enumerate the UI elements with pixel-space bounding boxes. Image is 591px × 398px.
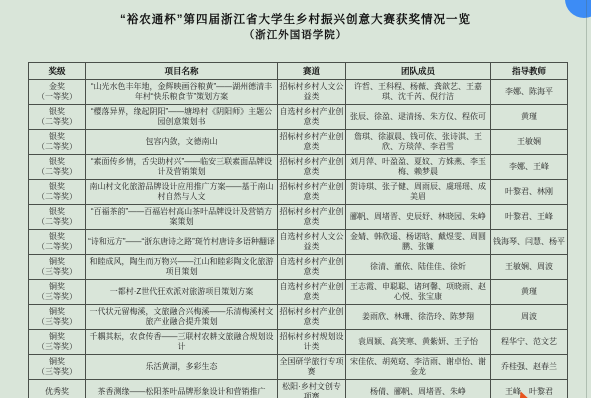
project-name-cell: “樱落异界，缘起阴阳”——塘埠村《阴阳师》主题公园创意策划书	[86, 105, 278, 130]
advisors-cell: 叶黎君、林刚	[491, 180, 568, 205]
header-award-level: 奖级	[29, 63, 86, 80]
track-cell: 招标村乡村产业创意类	[278, 205, 346, 230]
project-name-cell: 乐活黄湖，多彩生态	[86, 355, 278, 380]
table-row: 银奖 （二等奖） “百福茶韵”——百福岩村高山茶叶品牌设计及营销方案策划 招标村…	[29, 205, 568, 230]
award-level-sub-text: （三等奖）	[30, 317, 84, 327]
track-cell: 松阳·乡村文创专项赛	[278, 380, 346, 398]
award-level-sub-text: （二等奖）	[30, 167, 84, 177]
award-level-sub-text: （二等奖）	[30, 142, 84, 152]
award-level-sub-text: （三等奖）	[30, 367, 84, 377]
project-name-cell: 茶香测缘——松阳茶叶品牌形象设计和营销推广	[86, 380, 278, 398]
project-name-cell: 一代状元留梅溪，文旅融合兴梅溪——乐清梅溪村文旅产业融合提升策划	[86, 305, 278, 330]
project-name-cell: “诗和远方”——“浙东唐诗之路”斑竹村唐诗多语种翻译	[86, 230, 278, 255]
award-level-text: 银奖	[30, 207, 84, 217]
award-level-cell: 铜奖 （三等奖）	[29, 305, 86, 330]
table-row: 金奖 （一等奖） “山光水色丰年地，金辉映画谷粮黄”——湖州德清丰年村“快乐粮食…	[29, 80, 568, 105]
award-level-cell: 铜奖 （三等奖）	[29, 355, 86, 380]
header-advisors: 指导教师	[491, 63, 568, 80]
table-row: 优秀奖 茶香测缘——松阳茶叶品牌形象设计和营销推广 松阳·乡村文创专项赛 杨倩、…	[29, 380, 568, 398]
award-level-cell: 银奖 （二等奖）	[29, 130, 86, 155]
team-members-cell: 詹琪、徐淑晨、钱可依、张诗淇、王欣、方琰萍、李君雪	[346, 130, 491, 155]
award-level-text: 铜奖	[30, 282, 84, 292]
project-name-cell: 南山村文化旅游品牌设计应用推广方案——基于南山村自然与人文	[86, 180, 278, 205]
award-level-sub-text: （一等奖）	[30, 92, 84, 102]
team-members-cell: 刘月萍、叶盈盈、夏妏、方姝燕、李玉梅、赖梦晨	[346, 155, 491, 180]
award-level-text: 银奖	[30, 232, 84, 242]
project-name-cell: “素面传乡情，舌尖助村兴”——临安三联素面品牌设计及营销策划	[86, 155, 278, 180]
award-level-sub-text: （三等奖）	[30, 267, 84, 277]
table-header: 奖级 项目名称 赛道 团队成员 指导教师	[29, 63, 568, 80]
page: { "page": { "background_color": "#d9e5d9…	[0, 0, 591, 398]
track-cell: 招标村乡村产业创意类	[278, 305, 346, 330]
award-level-cell: 银奖 （二等奖）	[29, 155, 86, 180]
project-name-cell: “百福茶韵”——百福岩村高山茶叶品牌设计及营销方案策划	[86, 205, 278, 230]
award-level-cell: 铜奖 （三等奖）	[29, 280, 86, 305]
awards-table: 奖级 项目名称 赛道 团队成员 指导教师 金奖 （一等奖） “山光水色丰年地，金…	[28, 62, 568, 398]
page-subtitle: （浙江外国语学院）	[0, 27, 591, 42]
table-row: 银奖 （二等奖） 包容内敛，文德南山 招标村乡村产业创意类 詹琪、徐淑晨、钱可依…	[29, 130, 568, 155]
team-members-cell: 袁周颖、高笑寒、黄紫妍、王子怡	[346, 330, 491, 355]
team-members-cell: 许哲、王科程、杨薇、龚歆艺、王嘉琪、沈千芮、倪行洁	[346, 80, 491, 105]
award-level-text: 铜奖	[30, 257, 84, 267]
advisors-cell: 程华宁、范文艺	[491, 330, 568, 355]
page-title: “裕农通杯”第四届浙江省大学生乡村振兴创意大赛获奖情况一览	[0, 11, 591, 27]
advisors-cell: 王峰、叶黎君	[491, 380, 568, 398]
table-row: 铜奖 （三等奖） 一都村·Z世代狂欢派对旅游项目策划方案 自选村乡村产业创意类 …	[29, 280, 568, 305]
project-name-cell: 千耦其耘，农食传香——三联村农耕文旅融合规划设计	[86, 330, 278, 355]
track-cell: 招标村乡村产业创意类	[278, 130, 346, 155]
project-name-cell: 和睦成风，陶生而万物兴——江山和睦彩陶文化旅游项目策划	[86, 255, 278, 280]
table-row: 银奖 （二等奖） “樱落异界，缘起阴阳”——塘埠村《阴阳师》主题公园创意策划书 …	[29, 105, 568, 130]
advisors-cell: 周波	[491, 305, 568, 330]
header-project-name: 项目名称	[86, 63, 278, 80]
track-cell: 自选村乡村产业创意类	[278, 255, 346, 280]
track-cell: 招标村乡村产业创意类	[278, 155, 346, 180]
award-level-cell: 金奖 （一等奖）	[29, 80, 86, 105]
advisors-cell: 叶黎君、王峰	[491, 205, 568, 230]
team-members-cell: 姜雨欣、林珊、徐浩玲、陈梦翔	[346, 305, 491, 330]
table-row: 铜奖 （三等奖） 千耦其耘，农食传香——三联村农耕文旅融合规划设计 招标村乡村规…	[29, 330, 568, 355]
award-level-cell: 银奖 （二等奖）	[29, 180, 86, 205]
table-row: 银奖 （二等奖） “诗和远方”——“浙东唐诗之路”斑竹村唐诗多语种翻译 自选村乡…	[29, 230, 568, 255]
award-level-text: 银奖	[30, 157, 84, 167]
advisors-cell: 黄瑾	[491, 280, 568, 305]
team-members-cell: 张辰、徐盈、逯清扬、朱方仪、程依可	[346, 105, 491, 130]
advisors-cell: 乔桂强、赵春兰	[491, 355, 568, 380]
team-members-cell: 金婧、韩欣遥、杨诺晗、戴煜雯、周圆鹏、张镰	[346, 230, 491, 255]
award-level-sub-text: （二等奖）	[30, 217, 84, 227]
award-level-text: 优秀奖	[30, 387, 84, 397]
track-cell: 自选村乡村人文公益类	[278, 230, 346, 255]
table-row: 银奖 （二等奖） 南山村文化旅游品牌设计应用推广方案——基于南山村自然与人文 招…	[29, 180, 568, 205]
table-row: 铜奖 （三等奖） 一代状元留梅溪，文旅融合兴梅溪——乐清梅溪村文旅产业融合提升策…	[29, 305, 568, 330]
award-level-cell: 银奖 （二等奖）	[29, 205, 86, 230]
award-level-text: 金奖	[30, 82, 84, 92]
award-level-text: 银奖	[30, 182, 84, 192]
track-cell: 招标村乡村产业创意类	[278, 180, 346, 205]
award-level-sub-text: （二等奖）	[30, 242, 84, 252]
header-team-members: 团队成员	[346, 63, 491, 80]
award-level-cell: 银奖 （二等奖）	[29, 105, 86, 130]
award-level-text: 银奖	[30, 107, 84, 117]
track-cell: 自选村乡村产业创意类	[278, 105, 346, 130]
table-row: 银奖 （二等奖） “素面传乡情，舌尖助村兴”——临安三联素面品牌设计及营销策划 …	[29, 155, 568, 180]
project-name-cell: 一都村·Z世代狂欢派对旅游项目策划方案	[86, 280, 278, 305]
advisors-cell: 王敏娴、周波	[491, 255, 568, 280]
award-level-cell: 银奖 （二等奖）	[29, 230, 86, 255]
team-members-cell: 徐清、董依、陆佳佳、徐炘	[346, 255, 491, 280]
advisors-cell: 钱海琴、闫慧、杨平	[491, 230, 568, 255]
award-level-text: 铜奖	[30, 357, 84, 367]
table-row: 铜奖 （三等奖） 和睦成风，陶生而万物兴——江山和睦彩陶文化旅游项目策划 自选村…	[29, 255, 568, 280]
team-members-cell: 王志霞、申聪聪、诸珂馨、项晓雨、赵心悦、张宝康	[346, 280, 491, 305]
advisors-cell: 李娜、陈海平	[491, 80, 568, 105]
advisors-cell: 黄瑾	[491, 105, 568, 130]
track-cell: 招标村乡村规划设计类	[278, 330, 346, 355]
award-level-sub-text: （二等奖）	[30, 117, 84, 127]
team-members-cell: 贺诗琪、张子健、周雨辰、虞瑶瑶、成美眉	[346, 180, 491, 205]
team-members-cell: 宋佳依、胡苑窈、李洁雨、谢卓怡、谢金龙	[346, 355, 491, 380]
advisors-cell: 王敏娴	[491, 130, 568, 155]
award-level-sub-text: （三等奖）	[30, 292, 84, 302]
table-body: 金奖 （一等奖） “山光水色丰年地，金辉映画谷粮黄”——湖州德清丰年村“快乐粮食…	[29, 80, 568, 398]
award-level-cell: 铜奖 （三等奖）	[29, 330, 86, 355]
award-level-cell: 铜奖 （三等奖）	[29, 255, 86, 280]
award-level-cell: 优秀奖	[29, 380, 86, 398]
project-name-cell: 包容内敛，文德南山	[86, 130, 278, 155]
team-members-cell: 杨倩、郦帆、周堵晋、朱峥	[346, 380, 491, 398]
table-row: 铜奖 （三等奖） 乐活黄湖，多彩生态 全国研学旅行专项赛 宋佳依、胡苑窈、李洁雨…	[29, 355, 568, 380]
award-level-text: 铜奖	[30, 307, 84, 317]
award-level-text: 银奖	[30, 132, 84, 142]
advisors-cell: 李娜、王峰	[491, 155, 568, 180]
track-cell: 全国研学旅行专项赛	[278, 355, 346, 380]
award-level-sub-text: （三等奖）	[30, 342, 84, 352]
team-members-cell: 郦帆、周堵晋、史辰妤、林晓园、朱峥	[346, 205, 491, 230]
track-cell: 招标村乡村人文公益类	[278, 80, 346, 105]
project-name-cell: “山光水色丰年地，金辉映画谷粮黄”——湖州德清丰年村“快乐粮食节”策划方案	[86, 80, 278, 105]
award-level-sub-text: （二等奖）	[30, 192, 84, 202]
award-level-text: 铜奖	[30, 332, 84, 342]
page-edge-divider	[586, 0, 587, 398]
track-cell: 自选村乡村产业创意类	[278, 280, 346, 305]
header-track: 赛道	[278, 63, 346, 80]
